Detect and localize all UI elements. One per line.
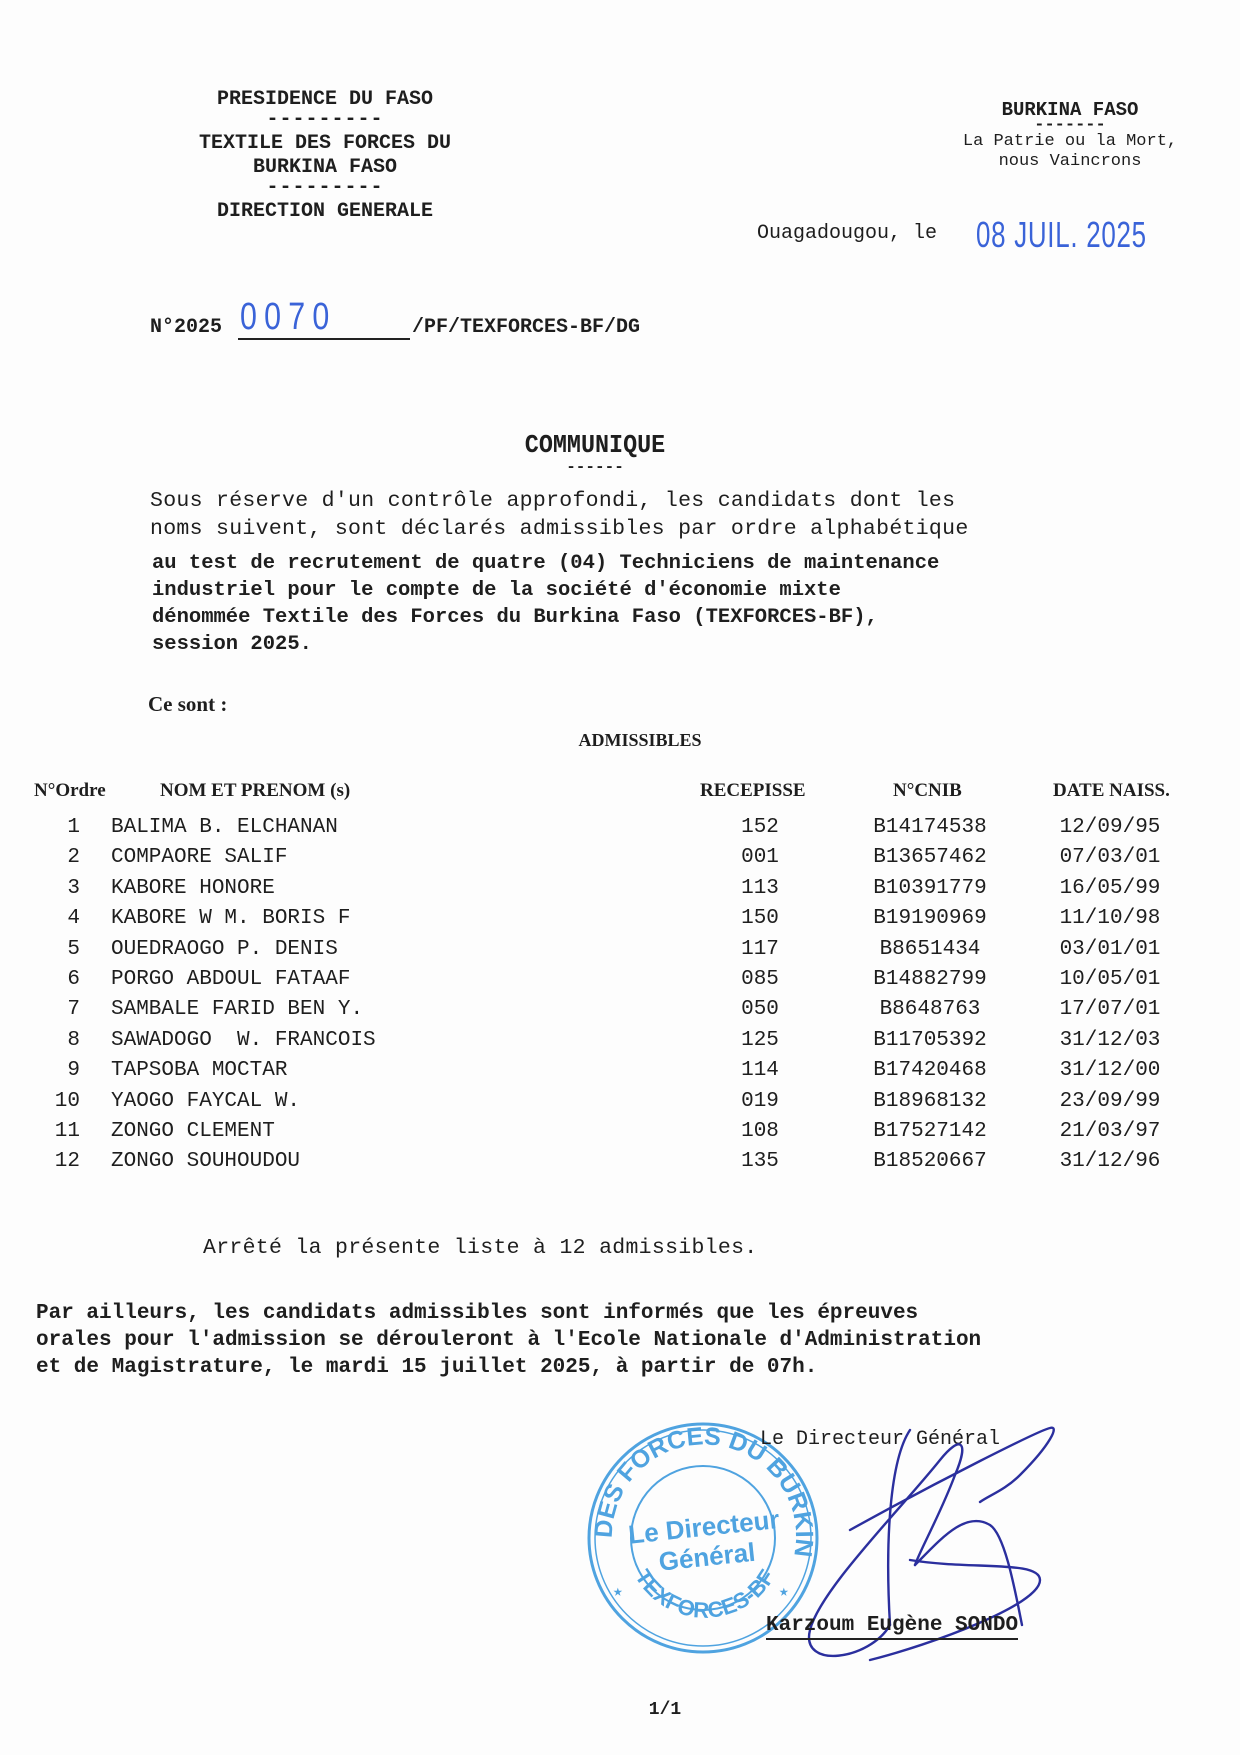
row-order: 10 <box>40 1090 80 1113</box>
intro-bold-line: session 2025. <box>152 631 1152 658</box>
table-row: 8SAWADOGO W. FRANCOIS125B1170539231/12/0… <box>0 1029 1240 1063</box>
table-row: 9TAPSOBA MOCTAR114B1742046831/12/00 <box>0 1059 1240 1093</box>
row-name: ZONGO CLEMENT <box>111 1120 275 1143</box>
issuer-header: PRESIDENCE DU FASO --------- TEXTILE DES… <box>150 88 500 224</box>
table-row: 11ZONGO CLEMENT108B1752714221/03/97 <box>0 1120 1240 1154</box>
intro-bold-line: dénommée Textile des Forces du Burkina F… <box>152 604 1152 631</box>
row-name: TAPSOBA MOCTAR <box>111 1059 287 1082</box>
table-row: 12ZONGO SOUHOUDOU135B1852066731/12/96 <box>0 1150 1240 1184</box>
header-birth-date: DATE NAISS. <box>1053 780 1170 802</box>
oral-exam-notice: Par ailleurs, les candidats admissibles … <box>36 1300 1226 1381</box>
row-birth-date: 17/07/01 <box>1040 998 1180 1021</box>
title-divider: ------ <box>0 458 1190 476</box>
signatory-name: Karzoum Eugène SONDO <box>766 1614 1018 1640</box>
row-cnib: B8651434 <box>850 938 1010 961</box>
row-birth-date: 31/12/96 <box>1040 1150 1180 1173</box>
row-order: 1 <box>40 816 80 839</box>
country-divider: ------- <box>925 120 1215 132</box>
row-receipt: 152 <box>715 816 805 839</box>
row-birth-date: 07/03/01 <box>1040 846 1180 869</box>
row-name: YAOGO FAYCAL W. <box>111 1090 300 1113</box>
row-receipt: 019 <box>715 1090 805 1113</box>
row-order: 2 <box>40 846 80 869</box>
header-divider: --------- <box>150 112 500 128</box>
row-order: 5 <box>40 938 80 961</box>
row-cnib: B18968132 <box>850 1090 1010 1113</box>
header-cnib: N°CNIB <box>893 780 962 802</box>
row-cnib: B17420468 <box>850 1059 1010 1082</box>
row-birth-date: 10/05/01 <box>1040 968 1180 991</box>
row-name: SAWADOGO W. FRANCOIS <box>111 1029 376 1052</box>
row-name: COMPAORE SALIF <box>111 846 287 869</box>
list-title: ADMISSIBLES <box>0 730 1240 751</box>
document-title: COMMUNIQUE <box>60 430 1131 460</box>
row-cnib: B14174538 <box>850 816 1010 839</box>
seal-star-icon: ★ <box>779 1583 789 1601</box>
header-divider: --------- <box>150 180 500 196</box>
row-cnib: B8648763 <box>850 998 1010 1021</box>
intro-bold-line: industriel pour le compte de la société … <box>152 577 1152 604</box>
row-birth-date: 11/10/98 <box>1040 907 1180 930</box>
row-receipt: 117 <box>715 938 805 961</box>
seal-star-icon: ★ <box>613 1583 623 1601</box>
notice-line: Par ailleurs, les candidats admissibles … <box>36 1300 1226 1327</box>
row-order: 6 <box>40 968 80 991</box>
row-birth-date: 21/03/97 <box>1040 1120 1180 1143</box>
seal-bottom-text: TEXFORCES-BF <box>630 1565 779 1623</box>
row-name: PORGO ABDOUL FATAAF <box>111 968 350 991</box>
row-name: KABORE HONORE <box>111 877 275 900</box>
date-stamp: 08 JUIL. 2025 <box>976 214 1147 256</box>
row-cnib: B14882799 <box>850 968 1010 991</box>
header-name: NOM ET PRENOM (s) <box>160 780 350 802</box>
row-birth-date: 31/12/03 <box>1040 1029 1180 1052</box>
row-birth-date: 12/09/95 <box>1040 816 1180 839</box>
row-name: KABORE W M. BORIS F <box>111 907 350 930</box>
motto-line1: La Patrie ou la Mort, <box>925 132 1215 152</box>
country-header: BURKINA FASO ------- La Patrie ou la Mor… <box>925 100 1215 172</box>
notice-line: et de Magistrature, le mardi 15 juillet … <box>36 1354 1226 1381</box>
row-order: 11 <box>40 1120 80 1143</box>
reference-suffix: /PF/TEXFORCES-BF/DG <box>412 316 640 339</box>
table-row: 6PORGO ABDOUL FATAAF085B1488279910/05/01 <box>0 968 1240 1002</box>
row-receipt: 001 <box>715 846 805 869</box>
table-row: 5OUEDRAOGO P. DENIS117B865143403/01/01 <box>0 938 1240 972</box>
row-name: SAMBALE FARID BEN Y. <box>111 998 363 1021</box>
document-page: PRESIDENCE DU FASO --------- TEXTILE DES… <box>0 0 1240 1755</box>
row-birth-date: 23/09/99 <box>1040 1090 1180 1113</box>
header-receipt: RECEPISSE <box>700 780 806 802</box>
table-row: 7SAMBALE FARID BEN Y.050B864876317/07/01 <box>0 998 1240 1032</box>
row-cnib: B13657462 <box>850 846 1010 869</box>
list-intro: Ce sont : <box>148 692 227 717</box>
reference-number: 0070 <box>240 296 336 339</box>
intro-bold-paragraph: au test de recrutement de quatre (04) Te… <box>152 550 1152 658</box>
row-receipt: 108 <box>715 1120 805 1143</box>
organization-name-line1: TEXTILE DES FORCES DU <box>150 132 500 156</box>
row-cnib: B18520667 <box>850 1150 1010 1173</box>
reference-number-field: 0070 <box>238 298 410 340</box>
row-birth-date: 16/05/99 <box>1040 877 1180 900</box>
closing-statement: Arrêté la présente liste à 12 admissible… <box>203 1236 758 1260</box>
page-number: 1/1 <box>0 1700 1240 1720</box>
row-receipt: 135 <box>715 1150 805 1173</box>
row-name: OUEDRAOGO P. DENIS <box>111 938 338 961</box>
row-order: 12 <box>40 1150 80 1173</box>
row-receipt: 113 <box>715 877 805 900</box>
place-date-prefix: Ouagadougou, le <box>757 222 937 245</box>
row-birth-date: 31/12/00 <box>1040 1059 1180 1082</box>
intro-line: noms suivent, sont déclarés admissibles … <box>150 515 1150 543</box>
row-cnib: B11705392 <box>850 1029 1010 1052</box>
table-row: 4KABORE W M. BORIS F150B1919096911/10/98 <box>0 907 1240 941</box>
row-birth-date: 03/01/01 <box>1040 938 1180 961</box>
intro-paragraph: Sous réserve d'un contrôle approfondi, l… <box>150 487 1150 543</box>
table-row: 10YAOGO FAYCAL W.019B1896813223/09/99 <box>0 1090 1240 1124</box>
intro-bold-line: au test de recrutement de quatre (04) Te… <box>152 550 1152 577</box>
table-row: 1BALIMA B. ELCHANAN152B1417453812/09/95 <box>0 816 1240 850</box>
row-order: 3 <box>40 877 80 900</box>
row-receipt: 085 <box>715 968 805 991</box>
row-order: 4 <box>40 907 80 930</box>
table-row: 2COMPAORE SALIF001B1365746207/03/01 <box>0 846 1240 880</box>
row-receipt: 050 <box>715 998 805 1021</box>
row-name: ZONGO SOUHOUDOU <box>111 1150 300 1173</box>
motto-line2: nous Vaincrons <box>925 152 1215 172</box>
row-order: 7 <box>40 998 80 1021</box>
row-receipt: 114 <box>715 1059 805 1082</box>
row-order: 9 <box>40 1059 80 1082</box>
row-cnib: B19190969 <box>850 907 1010 930</box>
row-order: 8 <box>40 1029 80 1052</box>
table-row: 3KABORE HONORE113B1039177916/05/99 <box>0 877 1240 911</box>
header-order: N°Ordre <box>34 780 106 802</box>
row-name: BALIMA B. ELCHANAN <box>111 816 338 839</box>
row-receipt: 150 <box>715 907 805 930</box>
direction-label: DIRECTION GENERALE <box>150 200 500 224</box>
row-receipt: 125 <box>715 1029 805 1052</box>
row-cnib: B10391779 <box>850 877 1010 900</box>
intro-line: Sous réserve d'un contrôle approfondi, l… <box>150 487 1150 515</box>
reference-prefix: N°2025 <box>150 316 222 339</box>
notice-line: orales pour l'admission se dérouleront à… <box>36 1327 1226 1354</box>
row-cnib: B17527142 <box>850 1120 1010 1143</box>
